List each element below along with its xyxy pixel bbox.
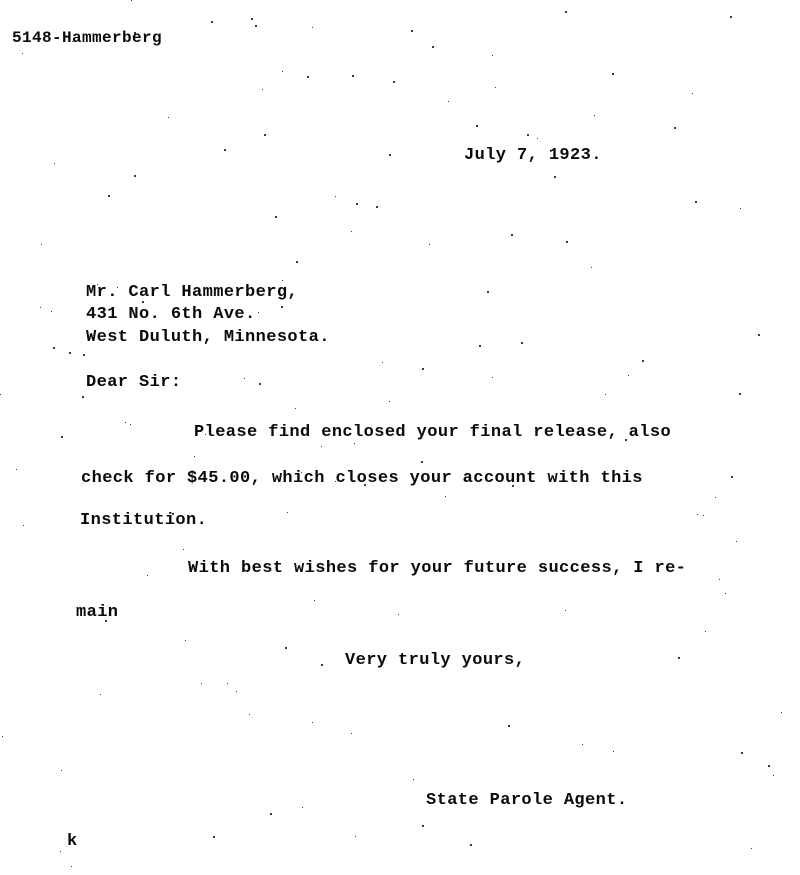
noise-speck — [692, 93, 693, 94]
noise-speck — [100, 694, 101, 695]
noise-speck — [495, 87, 496, 88]
noise-speck — [730, 16, 732, 18]
noise-speck — [413, 779, 414, 780]
body-line: check for $45.00, which closes your acco… — [81, 469, 643, 488]
noise-speck — [264, 134, 266, 136]
noise-speck — [312, 27, 313, 28]
noise-speck — [282, 71, 283, 72]
noise-speck — [582, 744, 583, 745]
noise-speck — [544, 566, 545, 567]
noise-speck — [470, 844, 472, 846]
noise-speck — [41, 244, 42, 245]
noise-speck — [83, 354, 85, 356]
noise-speck — [741, 752, 743, 754]
noise-speck — [213, 836, 215, 838]
noise-speck — [566, 241, 568, 243]
noise-speck — [287, 512, 288, 513]
noise-speck — [244, 378, 245, 379]
noise-speck — [628, 375, 629, 376]
noise-speck — [82, 396, 84, 398]
recipient-street: 431 No. 6th Ave. — [86, 305, 256, 324]
noise-speck — [236, 691, 237, 692]
noise-speck — [172, 513, 174, 515]
noise-speck — [251, 18, 253, 20]
noise-speck — [134, 175, 136, 177]
noise-speck — [0, 394, 1, 395]
noise-speck — [185, 640, 186, 641]
noise-speck — [591, 267, 592, 268]
noise-speck — [295, 408, 296, 409]
noise-speck — [389, 401, 390, 402]
noise-speck — [768, 765, 770, 767]
noise-speck — [249, 714, 250, 715]
noise-speck — [527, 134, 529, 136]
noise-speck — [211, 21, 213, 23]
noise-speck — [613, 751, 614, 752]
noise-speck — [740, 208, 741, 209]
noise-speck — [296, 261, 298, 263]
noise-speck — [201, 683, 202, 684]
noise-speck — [422, 825, 424, 827]
noise-speck — [605, 394, 606, 395]
noise-speck — [411, 30, 413, 32]
noise-speck — [511, 234, 513, 236]
noise-speck — [355, 836, 356, 837]
noise-speck — [40, 307, 41, 308]
noise-speck — [697, 514, 698, 515]
noise-speck — [612, 73, 614, 75]
noise-speck — [354, 443, 355, 444]
noise-speck — [521, 342, 523, 344]
noise-speck — [69, 352, 71, 354]
noise-speck — [314, 600, 315, 601]
noise-speck — [60, 851, 61, 852]
noise-speck — [476, 125, 478, 127]
noise-speck — [224, 149, 226, 151]
noise-speck — [731, 476, 733, 478]
noise-speck — [739, 393, 741, 395]
noise-speck — [61, 770, 62, 771]
noise-speck — [282, 280, 283, 281]
noise-speck — [117, 287, 118, 288]
noise-speck — [537, 138, 538, 139]
noise-speck — [258, 312, 259, 313]
noise-speck — [758, 334, 760, 336]
noise-speck — [23, 525, 24, 526]
noise-speck — [147, 575, 148, 576]
noise-speck — [695, 201, 697, 203]
noise-speck — [445, 496, 446, 497]
noise-speck — [2, 736, 3, 737]
noise-speck — [281, 306, 283, 308]
noise-speck — [302, 807, 303, 808]
letter-date: July 7, 1923. — [464, 146, 602, 165]
noise-speck — [736, 541, 737, 542]
noise-speck — [356, 203, 358, 205]
noise-speck — [335, 196, 336, 197]
noise-speck — [487, 291, 489, 293]
noise-speck — [354, 480, 355, 481]
body-line: Please find enclosed your final release,… — [194, 423, 671, 442]
noise-speck — [389, 154, 391, 156]
noise-speck — [321, 664, 323, 666]
noise-speck — [125, 422, 126, 423]
noise-speck — [703, 515, 704, 516]
noise-speck — [321, 446, 322, 447]
noise-speck — [205, 434, 206, 435]
body-line: Institution. — [80, 511, 207, 530]
noise-speck — [194, 456, 195, 457]
noise-speck — [432, 46, 434, 48]
noise-speck — [130, 424, 131, 425]
salutation: Dear Sir: — [86, 373, 181, 392]
file-reference: 5148-Hammerberg — [12, 29, 162, 47]
noise-speck — [422, 368, 424, 370]
recipient-city: West Duluth, Minnesota. — [86, 328, 330, 347]
noise-speck — [131, 0, 132, 1]
noise-speck — [262, 89, 263, 90]
noise-speck — [492, 377, 493, 378]
noise-speck — [674, 127, 676, 129]
noise-speck — [97, 284, 98, 285]
noise-speck — [448, 101, 449, 102]
body-line: With best wishes for your future success… — [188, 559, 686, 578]
body-line: main — [76, 603, 118, 622]
noise-speck — [773, 775, 774, 776]
noise-speck — [479, 345, 481, 347]
noise-speck — [492, 55, 493, 56]
noise-speck — [565, 610, 566, 611]
closing: Very truly yours, — [345, 651, 525, 670]
noise-speck — [275, 216, 277, 218]
noise-speck — [705, 631, 706, 632]
noise-speck — [715, 497, 716, 498]
noise-speck — [105, 620, 107, 622]
noise-speck — [781, 712, 782, 713]
noise-speck — [393, 81, 395, 83]
noise-speck — [429, 244, 430, 245]
noise-speck — [227, 683, 228, 684]
noise-speck — [719, 579, 720, 580]
noise-speck — [725, 593, 726, 594]
noise-speck — [554, 176, 556, 178]
noise-speck — [54, 163, 55, 164]
noise-speck — [72, 41, 73, 42]
noise-speck — [168, 117, 169, 118]
noise-speck — [512, 485, 514, 487]
noise-speck — [351, 231, 352, 232]
noise-speck — [376, 206, 378, 208]
signature-title: State Parole Agent. — [426, 791, 627, 810]
noise-speck — [625, 439, 627, 441]
noise-speck — [22, 53, 23, 54]
noise-speck — [108, 195, 110, 197]
noise-speck — [364, 484, 366, 486]
noise-speck — [71, 866, 72, 867]
noise-speck — [421, 461, 423, 463]
noise-speck — [255, 25, 257, 27]
noise-speck — [594, 115, 595, 116]
noise-speck — [16, 469, 17, 470]
noise-speck — [352, 75, 354, 77]
noise-speck — [508, 725, 510, 727]
noise-speck — [751, 848, 752, 849]
noise-speck — [565, 11, 567, 13]
noise-speck — [382, 362, 383, 363]
noise-speck — [183, 549, 184, 550]
recipient-name: Mr. Carl Hammerberg, — [86, 283, 298, 302]
noise-speck — [51, 311, 52, 312]
noise-speck — [134, 32, 136, 34]
noise-speck — [270, 813, 272, 815]
typist-initials: k — [67, 832, 78, 851]
noise-speck — [335, 481, 336, 482]
noise-speck — [259, 383, 261, 385]
noise-speck — [61, 436, 63, 438]
noise-speck — [53, 347, 55, 349]
noise-speck — [307, 76, 309, 78]
noise-speck — [142, 301, 144, 303]
noise-speck — [312, 722, 313, 723]
noise-speck — [301, 472, 302, 473]
noise-speck — [285, 647, 287, 649]
noise-speck — [351, 733, 352, 734]
noise-speck — [678, 657, 680, 659]
noise-speck — [642, 360, 644, 362]
noise-speck — [398, 614, 399, 615]
